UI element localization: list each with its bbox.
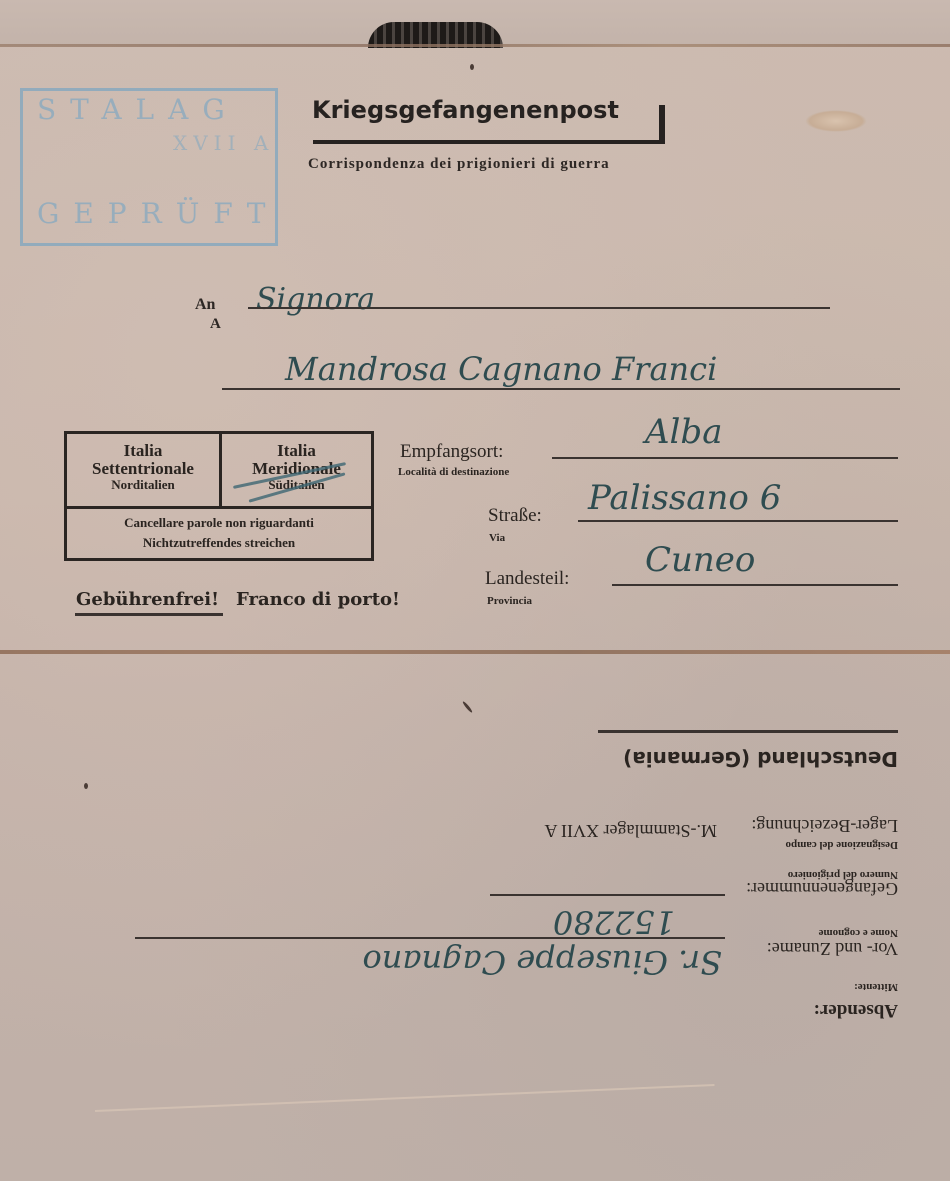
postage-free-it: Franco di porto!: [236, 589, 400, 610]
pow-number-handwritten: 152280: [553, 903, 675, 941]
postage-free-de: Gebührenfrei!: [76, 589, 219, 610]
street-label: Straße:: [488, 505, 542, 527]
sender-label: Absender:: [814, 999, 898, 1021]
document-title: Kriegsgefangenenpost: [312, 96, 619, 124]
recipient-line-1: [248, 307, 830, 309]
paper-stain: [805, 110, 867, 132]
sender-label-it: Mittente:: [854, 981, 898, 993]
stamp-line-1: STALAG: [37, 93, 239, 126]
censor-stamp: STALAG XVII A GEPRÜFT: [20, 88, 278, 246]
street-handwritten: Palissano 6: [588, 478, 781, 518]
name-label-it: Nome e cognome: [819, 927, 898, 939]
place-handwritten: Alba: [645, 412, 722, 452]
province-label-it: Provincia: [487, 595, 532, 607]
title-underline: [313, 140, 665, 144]
province-label: Landesteil:: [485, 568, 569, 590]
name-label: Vor- und Zuname:: [767, 938, 898, 959]
place-label: Empfangsort:: [400, 441, 503, 463]
postcard: STALAG XVII A GEPRÜFT Kriegsgefangenenpo…: [0, 0, 950, 1181]
sender-section-inverted: Deutschland (Germania) Lager-Bezeichnung…: [0, 654, 950, 1181]
region-north: Italia Settentrionale Norditalien: [67, 434, 222, 506]
recipient-name-handwritten: Mandrosa Cagnano Franci: [285, 350, 717, 388]
street-label-it: Via: [489, 532, 505, 544]
street-line: [578, 520, 898, 522]
recipient-title-handwritten: Signora: [256, 282, 375, 317]
postage-underline: [75, 613, 223, 616]
title-bracket: [659, 105, 665, 144]
camp-label-it: Designazione del campo: [786, 839, 898, 851]
region-south: Italia Meridionale Süditalien: [222, 434, 371, 506]
pow-number-label-it: Numero del prigioniero: [788, 869, 898, 881]
ink-speck: [470, 64, 474, 70]
sender-country: Deutschland (Germania): [623, 747, 898, 771]
camp-value: M.-Stammlager XVII A: [545, 820, 717, 841]
to-label-it: A: [210, 316, 221, 333]
stamp-line-2: XVII A: [173, 131, 274, 155]
document-subtitle: Corrispondenza dei prigionieri di guerra: [308, 156, 610, 173]
region-instructions: Cancellare parole non riguardanti Nichtz…: [67, 506, 371, 558]
stamp-line-3: GEPRÜFT: [37, 197, 279, 230]
sender-name-handwritten: Sr. Giuseppe Cagnano: [363, 943, 723, 981]
top-fold-line: [0, 44, 950, 47]
place-line: [552, 457, 898, 459]
to-label-de: An: [195, 296, 215, 314]
place-label-it: Località di destinazione: [398, 466, 509, 478]
province-handwritten: Cuneo: [645, 540, 755, 580]
province-line: [612, 584, 898, 586]
sender-name-line: [135, 937, 725, 939]
camp-label: Lager-Bezeichnung:: [751, 815, 898, 836]
region-selection-box: Italia Settentrionale Norditalien Italia…: [64, 431, 374, 561]
pow-number-label: Gefangenennummer:: [746, 878, 898, 899]
pow-number-line: [490, 894, 725, 896]
recipient-line-2: [222, 388, 900, 390]
country-rule: [598, 730, 898, 733]
